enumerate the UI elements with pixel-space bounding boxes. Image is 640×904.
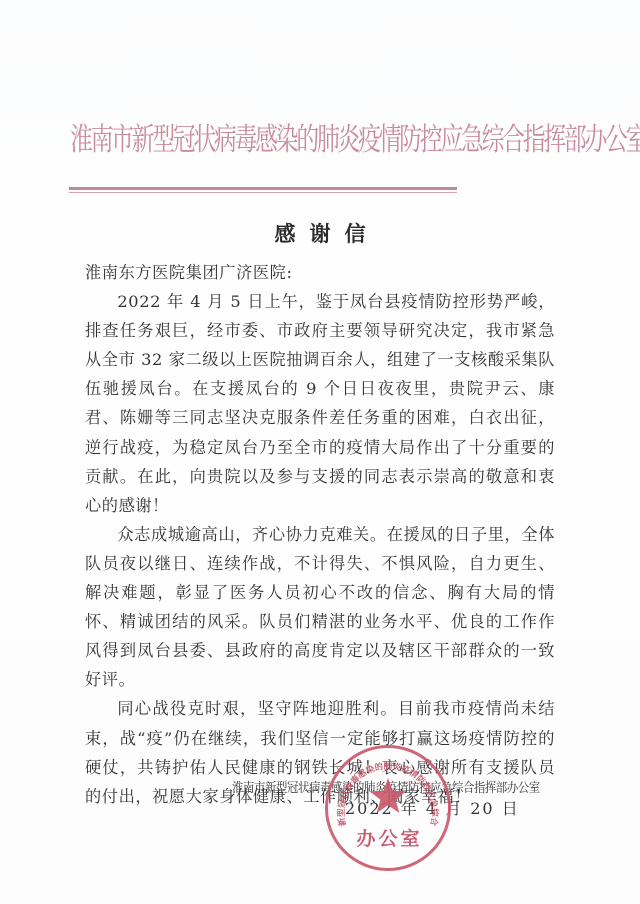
paragraph-1: 2022 年 4 月 5 日上午，鉴于凤台县疫情防控形势严峻，排查任务艰巨，经市… [85,287,555,520]
seal-center-text: 办公室 [328,824,448,851]
salutation: 淮南东方医院集团广济医院: [85,258,555,287]
letterhead-title: 淮南市新型冠状病毒感染的肺炎疫情防控应急综合指挥部办公室 [70,118,438,162]
letterhead-rule-thin [69,192,457,193]
star-icon [368,776,408,816]
official-seal: 淮南市新型冠状病毒感染的肺炎疫情防控应急综合指挥部 办公室 [325,745,451,871]
document-heading: 感谢信 [0,218,640,248]
letter-page: 淮南市新型冠状病毒感染的肺炎疫情防控应急综合指挥部办公室 感谢信 淮南东方医院集… [0,0,640,904]
paragraph-2: 众志成城逾高山，齐心协力克难关。在援凤的日子里，全体队员夜以继日、连续作战，不计… [85,520,555,695]
letter-body: 淮南东方医院集团广济医院: 2022 年 4 月 5 日上午，鉴于凤台县疫情防控… [85,258,555,811]
letterhead-rule-thick [69,187,457,190]
